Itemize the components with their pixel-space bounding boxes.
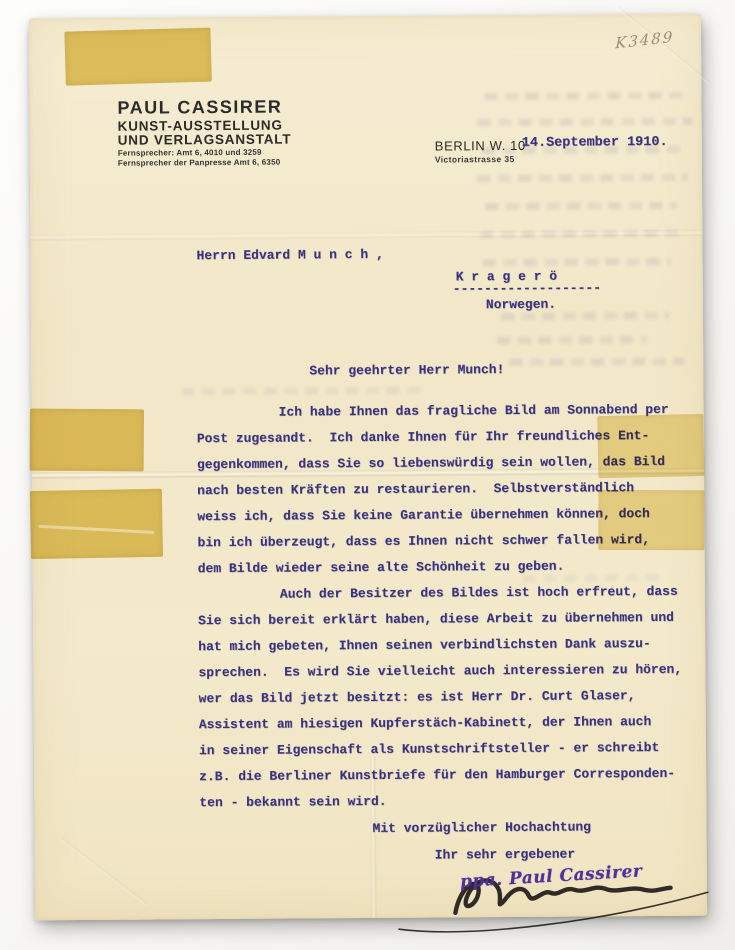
ghost-text-smudge [483,258,671,266]
dateline-typed-date: 14.September 1910. [522,135,668,151]
dateline-street: Victoriastrasse 35 [435,154,515,165]
recipient-name: Herrn Edvard M u n c h , [196,247,383,263]
salutation: Sehr geehrter Herr Munch! [309,362,504,378]
body-line: Sie sich bereit erklärt haben, diese Arb… [198,610,674,628]
ghost-text-smudge [484,92,684,100]
fold-crease-corner-bottom-left [59,837,148,906]
body-line: sprechen. Es wird Sie vielleicht auch in… [198,662,682,680]
tape-patch-left-lower [30,489,163,559]
fold-crease-horizontal-upper [30,230,702,242]
body-line: hat mich gebeten, Ihnen seinen verbindli… [198,636,651,654]
ghost-text-smudge [181,387,421,396]
ghost-text-smudge [523,574,663,582]
body-line: wer das Bild jetzt besitzt: es ist Herr … [199,688,636,706]
letterhead-company-name: PAUL CASSIRER [117,97,282,119]
closing-line1: Mit vorzüglicher Hochachtung [372,819,591,836]
letterhead-phone1: Fernsprecher: Amt 6, 4010 und 3259 [118,148,262,158]
tape-patch-right-upper [597,414,704,478]
body-line: nach besten Kräften zu restaurieren. Sel… [197,480,634,498]
ghost-text-smudge [477,174,687,182]
body-line: dem Bilde wieder seine alte Schönheit zu… [198,559,565,577]
ghost-text-smudge [485,202,677,210]
recipient-underline: ------------------- [453,280,601,296]
closing-line2: Ihr sehr ergebener [435,847,576,863]
dateline-city: BERLIN W. 10 [435,138,526,154]
body-line: Post zugesandt. Ich danke Ihnen für Ihr … [197,428,650,446]
body-line: z.B. die Berliner Kunstbriefe für den Ha… [199,766,675,784]
letterhead-line3: UND VERLAGSANSTALT [118,132,292,148]
tape-patch-left-upper [30,409,144,472]
body-line: in seiner Eigenschaft als Kunstschriftst… [199,740,659,758]
recipient-country: Norwegen. [486,297,556,312]
tape-patch-right-lower [598,490,704,550]
body-line: Assistent am hiesigen Kupferstäch-Kabine… [199,714,652,732]
ghost-text-smudge [497,336,647,344]
body-line: ten - bekannt sein wird. [199,794,386,810]
tape-tear-highlight [38,525,154,534]
tape-patch-top-left [64,28,211,86]
letterhead-phone2: Fernsprecher der Panpresse Amt 6, 6350 [118,158,281,168]
ghost-text-smudge [501,312,669,320]
body-line: weiss ich, dass Sie keine Garantie übern… [197,506,650,524]
ghost-text-smudge [509,358,684,366]
body-line: bin ich überzeugt, dass es Ihnen nicht s… [197,532,650,550]
paper-sheet: K3489 PAUL CASSIRER KUNST-AUSSTELLUNG UN… [29,14,707,921]
ghost-text-smudge [478,118,693,127]
body-line: Auch der Besitzer des Bildes ist hoch er… [280,584,678,602]
